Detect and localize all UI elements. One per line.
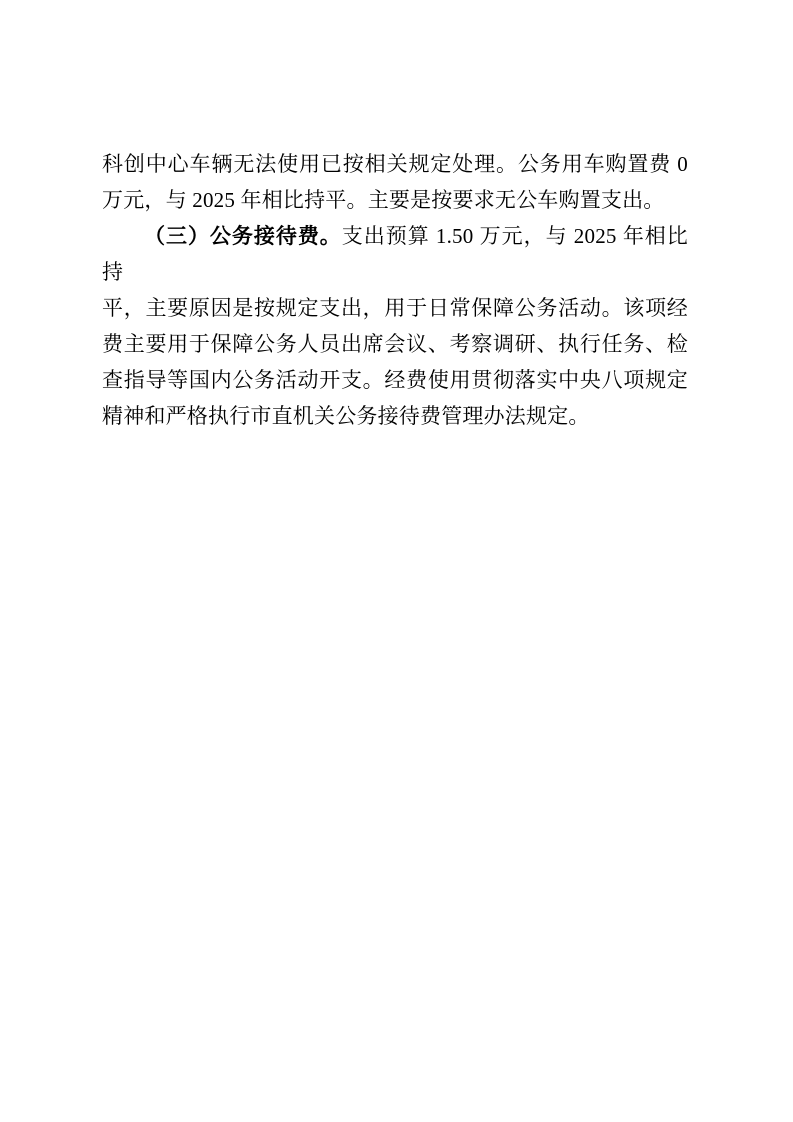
text-line: 万元，与 2025 年相比持平。主要是按要求无公车购置支出。 [102,182,688,218]
text-block: 科创中心车辆无法使用已按相关规定处理。公务用车购置费 0 万元，与 2025 年… [102,146,688,434]
text-line: 精神和严格执行市直机关公务接待费管理办法规定。 [102,398,688,434]
text-line: 平，主要原因是按规定支出，用于日常保障公务活动。该项经 [102,290,688,326]
paragraph-vehicle-purchase: 科创中心车辆无法使用已按相关规定处理。公务用车购置费 0 万元，与 2025 年… [102,146,688,218]
document-page: 科创中心车辆无法使用已按相关规定处理。公务用车购置费 0 万元，与 2025 年… [0,0,793,1122]
text-line: 查指导等国内公务活动开支。经费使用贯彻落实中央八项规定 [102,362,688,398]
text-line: （三）公务接待费。支出预算 1.50 万元，与 2025 年相比持 [102,218,688,290]
paragraph-official-reception: （三）公务接待费。支出预算 1.50 万元，与 2025 年相比持 平，主要原因… [102,218,688,434]
text-line: 费主要用于保障公务人员出席会议、考察调研、执行任务、检 [102,326,688,362]
text-line: 科创中心车辆无法使用已按相关规定处理。公务用车购置费 0 [102,146,688,182]
reception-fee-heading: （三）公务接待费。 [144,224,342,248]
